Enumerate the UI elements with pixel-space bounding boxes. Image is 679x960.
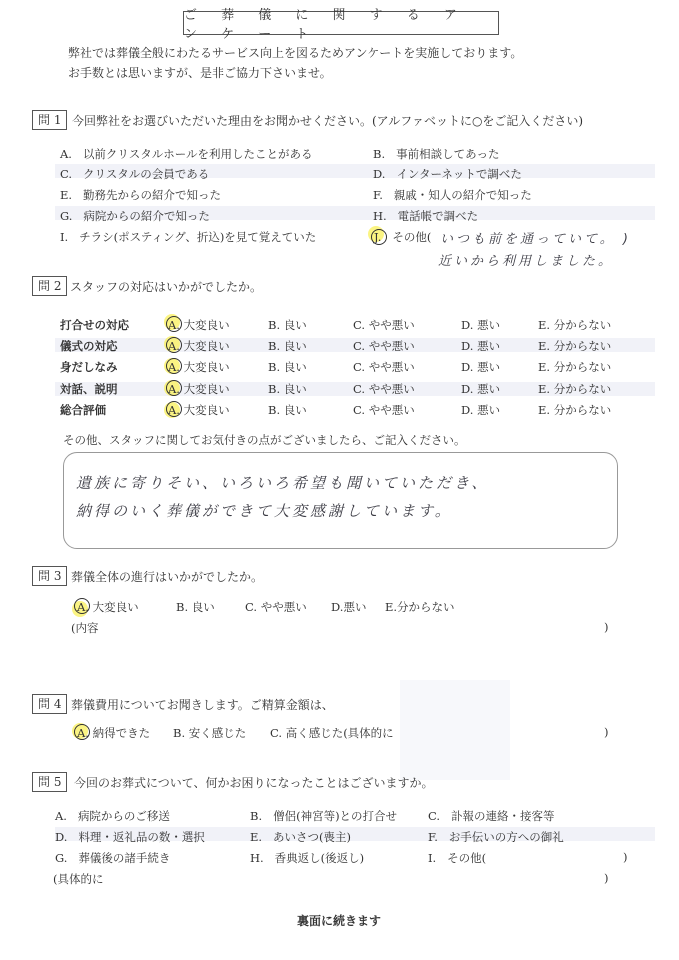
q1-option-d[interactable]: D. インターネットで調べた: [373, 166, 522, 182]
q2-rating-c[interactable]: C. やや悪い: [353, 381, 415, 397]
q2-rating-b[interactable]: B. 良い: [268, 317, 307, 333]
q3-option-a[interactable]: A. 大変良い: [77, 599, 139, 615]
q2-rating-d[interactable]: D. 悪い: [461, 381, 500, 397]
q2-rating-b[interactable]: B. 良い: [268, 359, 307, 375]
q4-option-a[interactable]: A. 納得できた: [77, 725, 150, 741]
q1-option-j[interactable]: J. その他(: [374, 229, 431, 245]
q3-option-c[interactable]: C. やや悪い: [245, 599, 307, 615]
q2-row-item: 打合せの対応: [60, 317, 129, 333]
q5-question: 今回のお葬式について、何かお困りになったことはございますか。: [74, 774, 434, 791]
q5-option-f[interactable]: F. お手伝いの方への御礼: [428, 829, 564, 845]
q2-rating-a[interactable]: A. 大変良い: [168, 402, 230, 418]
q1-option-h[interactable]: H. 電話帳で調べた: [373, 208, 478, 224]
q2-rating-e[interactable]: E. 分からない: [538, 338, 611, 354]
q2-row-item: 対話、説明: [60, 381, 118, 397]
q2-rating-c[interactable]: C. やや悪い: [353, 359, 415, 375]
q4-question: 葬儀費用についてお聞きします。ご精算金額は、: [71, 696, 334, 713]
q1-option-a[interactable]: A. 以前クリスタルホールを利用したことがある: [60, 146, 312, 162]
q2-rating-d[interactable]: D. 悪い: [461, 359, 500, 375]
q1-other-handwritten-1: いつも前を通っていて。 ): [440, 228, 631, 247]
q5-option-b[interactable]: B. 僧侶(神宮等)との打合せ: [250, 808, 397, 824]
q2-rating-e[interactable]: E. 分からない: [538, 381, 611, 397]
q2-rating-c[interactable]: C. やや悪い: [353, 338, 415, 354]
q1-option-b[interactable]: B. 事前相談してあった: [373, 146, 499, 162]
q2-rating-b[interactable]: B. 良い: [268, 402, 307, 418]
q1-question: 今回弊社をお選びいただいた理由をお聞かせください。(アルファベットに○をご記入く…: [72, 112, 583, 129]
q3-detail-open: (内容: [71, 620, 99, 636]
q2-rating-b[interactable]: B. 良い: [268, 338, 307, 354]
q2-rating-d[interactable]: D. 悪い: [461, 338, 500, 354]
q1-option-e[interactable]: E. 勤務先からの紹介で知った: [60, 187, 221, 203]
q2-rating-a[interactable]: A. 大変良い: [168, 338, 230, 354]
q2-row-item: 総合評価: [60, 402, 106, 418]
q1-option-c[interactable]: C. クリスタルの会員である: [60, 166, 209, 182]
q5-option-a[interactable]: A. 病院からのご移送: [55, 808, 170, 824]
q1-option-i[interactable]: I. チラシ(ポスティング、折込)を見て覚えていた: [60, 229, 316, 245]
q1-label: 問 1: [32, 110, 67, 130]
q2-rating-d[interactable]: D. 悪い: [461, 317, 500, 333]
q5-label: 問 5: [32, 772, 67, 792]
q2-comment-line-1: 遺族に寄りそい、いろいろ希望も聞いていただき、: [76, 472, 489, 493]
q5-option-d[interactable]: D. 料理・返礼品の数・選択: [55, 829, 205, 845]
q4-option-c[interactable]: C. 高く感じた(具体的に: [270, 725, 394, 741]
q5-option-e[interactable]: E. あいさつ(喪主): [250, 829, 351, 845]
q5-other-close: ): [623, 850, 628, 864]
q3-option-e[interactable]: E.分からない: [385, 599, 455, 615]
q4-option-b[interactable]: B. 安く感じた: [173, 725, 246, 741]
q5-option-c[interactable]: C. 訃報の連絡・接客等: [428, 808, 555, 824]
q2-label: 問 2: [32, 276, 67, 296]
q2-rating-e[interactable]: E. 分からない: [538, 402, 611, 418]
q2-row-item: 身だしなみ: [60, 359, 118, 375]
q2-rating-a[interactable]: A. 大変良い: [168, 381, 230, 397]
q5-option-i[interactable]: I. その他(: [428, 850, 486, 866]
q1-option-f[interactable]: F. 親戚・知人の紹介で知った: [373, 187, 532, 203]
q3-option-b[interactable]: B. 良い: [176, 599, 215, 615]
q5-option-h[interactable]: H. 香典返し(後返し): [250, 850, 364, 866]
q2-row-item: 儀式の対応: [60, 338, 118, 354]
q2-rating-c[interactable]: C. やや悪い: [353, 402, 415, 418]
intro-line-1: 弊社では葬儀全般にわたるサービス向上を図るためアンケートを実施しております。: [68, 44, 522, 61]
q2-rating-b[interactable]: B. 良い: [268, 381, 307, 397]
q1-other-handwritten-2: 近いから利用しました。: [438, 250, 614, 269]
q2-rating-e[interactable]: E. 分からない: [538, 317, 611, 333]
q2-comment-prompt: その他、スタッフに関してお気付きの点がございましたら、ご記入ください。: [63, 432, 466, 448]
intro-line-2: お手数とは思いますが、是非ご協力下さいませ。: [68, 64, 332, 81]
q2-rating-a[interactable]: A. 大変良い: [168, 359, 230, 375]
q3-question: 葬儀全体の進行はいかがでしたか。: [71, 568, 263, 585]
document-title: ご 葬 儀 に 関 す る ア ン ケ ー ト: [183, 11, 499, 35]
q2-question: スタッフの対応はいかがでしたか。: [70, 278, 262, 295]
q3-detail-input[interactable]: [120, 620, 590, 636]
q3-option-d[interactable]: D.悪い: [331, 599, 366, 615]
q4-label: 問 4: [32, 694, 67, 714]
continued-on-back-note: 裏面に続きます: [297, 912, 381, 929]
q5-detail-input[interactable]: [130, 871, 590, 887]
q2-rating-e[interactable]: E. 分からない: [538, 359, 611, 375]
q4-detail-close: ): [604, 725, 609, 739]
q4-detail-input[interactable]: [420, 725, 590, 741]
q5-detail-open: (具体的に: [53, 871, 104, 887]
q5-detail-close: ): [604, 871, 609, 885]
q5-option-g[interactable]: G. 葬儀後の諸手続き: [55, 850, 170, 866]
q2-rating-c[interactable]: C. やや悪い: [353, 317, 415, 333]
q2-comment-line-2: 納得のいく葬儀ができて大変感謝しています。: [76, 500, 453, 521]
q1-option-g[interactable]: G. 病院からの紹介で知った: [60, 208, 210, 224]
q2-rating-d[interactable]: D. 悪い: [461, 402, 500, 418]
q3-label: 問 3: [32, 566, 67, 586]
q3-detail-close: ): [604, 620, 609, 634]
q2-rating-a[interactable]: A. 大変良い: [168, 317, 230, 333]
